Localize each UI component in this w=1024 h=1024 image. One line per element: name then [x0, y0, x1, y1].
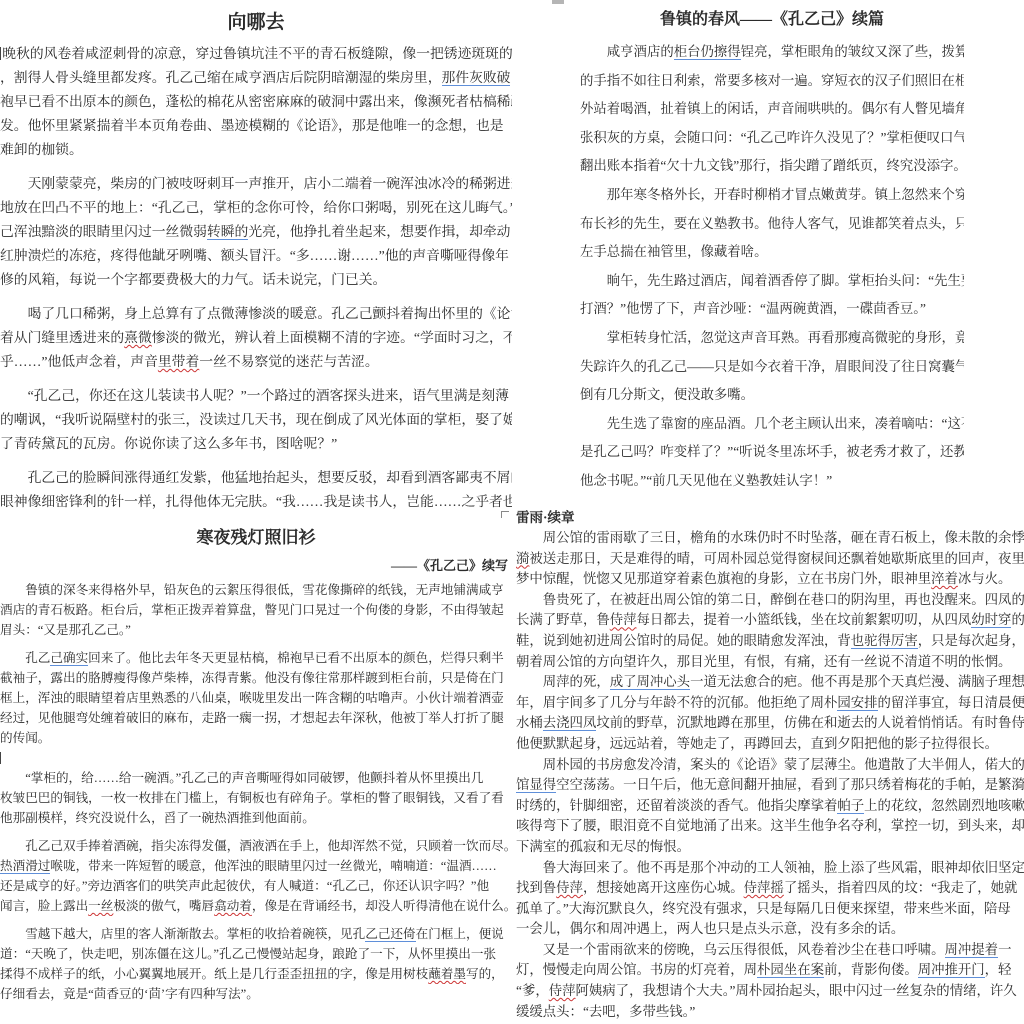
text-line: 他那副模样，终究没说什么，舀了一碗热酒推到他面前。 — [0, 808, 512, 828]
text-line: 布长衫的先生，要在义塾教书。他待人客气，见谁都笑着点头，只是 — [580, 210, 964, 239]
text-line: 咳得弯下了腰，眼泪竟不自觉地涌了出来。这半生他争名夺利，掌控一切，到头来，却 — [516, 816, 1024, 837]
text-line: 热酒滑过喉咙，带来一阵短暂的暖意，他浑浊的眼睛里闪过一丝微光，喃喃道：“温酒…… — [0, 856, 512, 876]
text-line: 闻言，脸上露出一丝极淡的傲气，嘴唇翕动着，像是在背诵经书，却没人听得清他在说什么… — [0, 896, 512, 916]
essay-subtitle-kongyiji-xuxie: ——《孔乙己》续写 — [0, 554, 512, 580]
grammar-underline: 馆显得 — [516, 777, 556, 793]
grammar-underline: 园安排 — [837, 695, 877, 711]
text-line: 打酒？”他愣了下，声音沙哑：“温两碗黄酒，一碟茴香豆。” — [580, 295, 964, 324]
blank-line — [0, 456, 512, 466]
essay-body-xiang-na-qu: 晚秋的风卷着咸涩刺骨的凉意，穿过鲁镇坑洼不平的青石板缝隙，像一把锈迹斑斑的，割得… — [0, 42, 512, 514]
spell-underline: 淬着 — [931, 571, 958, 586]
text-line: 长满了野草，鲁侍萍每日都去，提着一小篮纸钱，坐在坟前絮絮叨叨，从四凤幼时穿的 — [516, 610, 1024, 631]
text-line: 翻出账本指着“欠十九文钱”那行，指尖蹭了蹭纸页，终究没添字。 — [580, 152, 964, 181]
grammar-underline: 那件灰败破 — [442, 70, 511, 86]
text-line: 孔乙己的脸瞬间涨得通红发紫，他猛地抬起头，想要反驳，却看到酒客鄙夷不屑的眼神 — [0, 466, 512, 490]
spell-underline: 熹微 — [124, 330, 152, 345]
text-line: 着从门缝里透进来的熹微惨淡的微光，辨认着上面模糊不清的字迹。“学面时习之，不 — [0, 326, 512, 350]
blank-line — [0, 374, 512, 384]
text-line: 仔细看去，竟是“茴香豆的‘茴’字有四种写法”。 — [0, 984, 512, 1004]
text-line: 失踪许久的孔乙己——只是如今衣着干净，眉眼间没了往日窝囊气， — [580, 353, 964, 382]
text-line: 周公馆的雷雨歇了三日，檐角的水珠仍时不时坠落，砸在青石板上，像未散的余悸 — [516, 528, 1024, 549]
grammar-underline: 柜台仍擦得 — [674, 44, 741, 60]
essay-body-luzhen-chunfeng: 咸亨酒店的柜台仍擦得锃亮，掌柜眼角的皱纹又深了些，拨算盘的手指不如往日利索，常要… — [580, 38, 964, 496]
text-line: 孔乙己双手捧着酒碗，指尖冻得发僵，酒液洒在手上，他却浑然不觉，只顾着一饮而尽。 — [0, 836, 512, 856]
text-line: 晚秋的风卷着咸涩刺骨的凉意，穿过鲁镇坑洼不平的青石板缝隙，像一把锈迹斑斑的 — [0, 42, 512, 66]
grammar-underline: 朴园坐在案 — [757, 962, 824, 978]
text-line: 红肿溃烂的冻疮，疼得他龇牙咧嘴、额头冒汗。“多……谢……”他的声音嘶哑得像年 — [0, 244, 512, 268]
grammar-underline: 乙己还倚 — [365, 927, 415, 942]
text-column: 鲁镇的春风——《孔乙己》续篇 咸亨酒店的柜台仍擦得锃亮，掌柜眼角的皱纹又深了些，… — [580, 6, 964, 496]
text-line: 的传闻。 — [0, 728, 512, 748]
grammar-underline: 去浇四凤 — [543, 715, 597, 731]
text-line: 时绣的，针脚细密，还留着淡淡的香气。他指尖摩挲着帕子上的花纹，忽然剧烈地咳嗽起 — [516, 796, 1024, 817]
text-line: 灯，慢慢走向周公馆。书房的灯亮着，周朴园坐在案前，背影佝偻。周冲推开门，轻 — [516, 960, 1024, 981]
spell-underline: 里带着 — [158, 354, 199, 369]
text-line — [0, 748, 512, 768]
scan-artifact — [552, 0, 564, 4]
essay-body-hanye-candeng: 鲁镇的深冬来得格外早，铅灰色的云絮压得很低，雪花像撕碎的纸钱，无声地铺满咸亨酒店… — [0, 580, 512, 1004]
text-line: 孔乙己确实回来了。他比去年冬天更显枯槁，棉袍早已看不出原本的颜色，烂得只剩半 — [0, 648, 512, 668]
spell-underline: 漪 — [516, 551, 529, 566]
blank-line — [0, 916, 512, 924]
text-line: 左手总揣在袖管里，像藏着啥。 — [580, 238, 964, 267]
spell-underline: 蘸着墨 — [428, 967, 466, 981]
corner-mark-artifact — [501, 511, 509, 518]
essay-title-hanye-candeng: 寒夜残灯照旧衫 — [0, 524, 512, 554]
text-line: 一会儿，偶尔和周冲遇上，两人也只是点头示意，没有多余的话。 — [516, 919, 1024, 940]
grammar-underline: 也驼得厉害 — [851, 633, 918, 649]
grammar-underline: 己确实 — [50, 651, 88, 666]
grammar-underline: 转瞬的 — [207, 224, 248, 240]
text-line: 外站着喝酒，扯着镇上的闲话，声音闹哄哄的。偶尔有人瞥见墙角那 — [580, 95, 964, 124]
grammar-underline: 幼时穿 — [971, 612, 1011, 628]
text-line: 漪被送走那日，天是难得的晴，可周朴园总觉得窗棂间还飘着她歇斯底里的回声，夜里 — [516, 549, 1024, 570]
text-line: 地放在凹凸不平的地上：“孔乙己，掌柜的念你可怜，给你口粥喝，别死在这儿晦气。” — [0, 196, 512, 220]
essay-title-leiyu-xuzhang: 雷雨·续章 — [516, 507, 1024, 528]
spell-underline: 一丝 — [88, 899, 113, 913]
text-line: 鲁大海回来了。他不再是那个冲动的工人领袖，脸上添了些风霜，眼神却依旧坚定 — [516, 858, 1024, 879]
text-line: “孔乙己，你还在这儿装读书人呢？”一个路过的酒客探头进来，语气里满是刻薄 — [0, 384, 512, 408]
text-line: 晌午，先生路过酒店，闻着酒香停了脚。掌柜抬头问：“先生要 — [580, 267, 964, 296]
blank-line — [0, 640, 512, 648]
text-line: 那年寒冬格外长，开春时柳梢才冒点嫩黄芽。镇上忽然来个穿灰 — [580, 181, 964, 210]
text-cursor — [0, 47, 1, 60]
text-line: 眉头：“又是那孔乙己。” — [0, 620, 512, 640]
section-leiyu-xuzhang: 雷雨·续章 周公馆的雷雨歇了三日，檐角的水珠仍时不时坠落，砸在青石板上，像未散的… — [516, 505, 1024, 1024]
text-line: 年，眉宇间多了几分与年龄不符的沉郁。他拒绝了周朴园安排的留洋事宜，每日清晨便 — [516, 693, 1024, 714]
grammar-underline: 帕子 — [837, 798, 864, 814]
blank-line — [0, 292, 512, 302]
text-line: 己浑浊黯淡的眼睛里闪过一丝微弱转瞬的光亮，他挣扎着坐起来，想要作揖，却牵动了 — [0, 220, 512, 244]
text-line: 周萍的死，成了周冲心头一道无法愈合的疤。他不再是那个天真烂漫、满脑子理想 — [516, 672, 1024, 693]
text-line: 水桶去浇四凤坟前的野草，沉默地蹲在那里，仿佛在和逝去的人说着悄悄话。有时鲁侍萍 — [516, 713, 1024, 734]
text-line: 经过，见他腿弯处缠着破旧的麻布，走路一瘸一拐，才想起去年深秋，他被丁举人打折了腿 — [0, 708, 512, 728]
text-line: 周朴园的书房愈发冷清，案头的《论语》蒙了层薄尘。他遣散了大半佣人，偌大的 — [516, 755, 1024, 776]
text-line: 天刚蒙蒙亮，柴房的门被吱呀刺耳一声推开，店小二端着一碗浑浊冰冷的稀粥进来， — [0, 172, 512, 196]
text-line: 孤单了。”大海沉默良久，终究没有强求，只是每隔几日便来探望，带来些米面，陪母 — [516, 899, 1024, 920]
text-line: 框上，浑浊的眼睛望着店里熟悉的八仙桌，喉咙里发出一阵含糊的咕噜声。小伙计端着酒壶 — [0, 688, 512, 708]
text-line: “掌柜的，给……给一碗酒。”孔乙己的声音嘶哑得如同破锣，他颤抖着从怀里摸出几 — [0, 768, 512, 788]
grammar-underline: 成了周冲心头 — [610, 674, 690, 690]
text-line: 难卸的枷锁。 — [0, 138, 512, 162]
text-line: 的手指不如往日利索，常要多核对一遍。穿短衣的汉子们照旧在柜台 — [580, 67, 964, 96]
blank-line — [0, 162, 512, 172]
text-line: 雪越下越大，店里的客人渐渐散去。掌柜的收拾着碗筷，见孔乙己还倚在门框上，便说 — [0, 924, 512, 944]
text-line: ，割得人骨头缝里都发疼。孔乙己缩在咸亨酒店后院阴暗潮湿的柴房里，那件灰败破旧 — [0, 66, 512, 90]
grammar-underline: 周冲提着 — [945, 942, 999, 958]
text-line: 鞋，说到她初进周公馆时的局促。她的眼睛愈发浑浊，背也驼得厉害，只是每次起身， — [516, 631, 1024, 652]
text-line: 找到鲁侍萍，想接她离开这座伤心城。侍萍摇了摇头，指着四凤的坟：“我走了，她就 — [516, 878, 1024, 899]
text-line: “爹，侍萍阿姨病了，我想请个大夫。”周朴园抬起头，眼中闪过一丝复杂的情绪，许久 — [516, 981, 1024, 1002]
text-line: 朝着周公馆的方向望许久，那目光里，有恨，有痛，还有一丝说不清道不明的怅惘。 — [516, 652, 1024, 673]
essay-title-luzhen-chunfeng: 鲁镇的春风——《孔乙己》续篇 — [580, 6, 964, 38]
text-line: 他念书呢。”“前几天见他在义塾教娃认字！” — [580, 467, 964, 496]
text-line: 下满室的孤寂和无尽的悔恨。 — [516, 837, 1024, 858]
text-line: 鲁镇的深冬来得格外早，铅灰色的云絮压得很低，雪花像撕碎的纸钱，无声地铺满咸亨 — [0, 580, 512, 600]
text-line: 的嘲讽，“我听说隔壁村的张三，没读过几天书，现在倒成了风光体面的掌柜，娶了媳妇 — [0, 408, 512, 432]
text-line: 梦中惊醒，恍惚又见那道穿着素色旗袍的身影，立在书房门外，眼神里淬着冰与火。 — [516, 569, 1024, 590]
text-line: 截袖子，露出的胳膊瘦得像芦柴棒，冻得青紫。他没有像往常那样踱到柜台前，只是倚在门 — [0, 668, 512, 688]
text-line: 张积灰的方桌，会随口问：“孔乙己咋许久没见了？”掌柜便叹口气， — [580, 124, 964, 153]
text-line: 先生选了靠窗的座品酒。几个老主顾认出来，凑着嘀咕：“这不 — [580, 410, 964, 439]
text-line: 酒店的青石板路。柜台后，掌柜正拨弄着算盘，瞥见门口晃过一个佝偻的身影，不由得皱起 — [0, 600, 512, 620]
text-line: 揉得不成样子的纸，小心翼翼地展开。纸上是几行歪歪扭扭的字，像是用树枝蘸着墨写的， — [0, 964, 512, 984]
section-luzhen-chunfeng: 鲁镇的春风——《孔乙己》续篇 咸亨酒店的柜台仍擦得锃亮，掌柜眼角的皱纹又深了些，… — [512, 0, 1024, 505]
text-line: 倒有几分斯文，便没敢多嘴。 — [580, 381, 964, 410]
blank-line — [0, 828, 512, 836]
text-line: 还是咸亨的好。”旁边酒客们的哄笑声此起彼伏，有人喊道：“孔乙己，你还认识字吗？”… — [0, 876, 512, 896]
grammar-underline: 周冲推开门 — [918, 962, 985, 978]
text-cursor — [0, 752, 1, 764]
essay-body-leiyu-xuzhang: 周公馆的雷雨歇了三日，檐角的水珠仍时不时坠落，砸在青石板上，像未散的余悸漪被送走… — [516, 528, 1024, 1022]
text-line: 鲁贵死了，在被赶出周公馆的第二日，醉倒在巷口的阴沟里，再也没醒来。四凤的 — [516, 590, 1024, 611]
text-line: 道：“天晚了，快走吧，别冻僵在这儿。”孔乙己慢慢站起身，踉跄了一下，从怀里摸出一… — [0, 944, 512, 964]
spell-underline: 翕动着 — [214, 899, 252, 913]
text-line: 修的风箱，每说一个字都要费极大的力气。话未说完，门已关。 — [0, 268, 512, 292]
text-line: 眼神像细密锋利的针一样，扎得他体无完肤。“我……我是读书人，岂能……之乎者也… — [0, 490, 512, 514]
text-line: 又是一个雷雨欲来的傍晚，乌云压得很低，风卷着沙尘在巷口呼啸。周冲提着一 — [516, 940, 1024, 961]
spell-underline: 侍萍 — [556, 880, 583, 895]
text-line: 乎……”他低声念着，声音里带着一丝不易察觉的迷茫与苦涩。 — [0, 350, 512, 374]
spell-underline: 侍萍 — [610, 612, 637, 627]
text-line: 了青砖黛瓦的瓦房。你说你读了这么多年书，图啥呢？” — [0, 432, 512, 456]
text-line: 掌柜转身忙活，忽觉这声音耳熟。再看那瘦高微驼的身形，竟像 — [580, 324, 964, 353]
section-hanye-candeng: 寒夜残灯照旧衫 ——《孔乙己》续写 鲁镇的深冬来得格外早，铅灰色的云絮压得很低，… — [0, 514, 512, 1024]
text-line: 喝了几口稀粥，身上总算有了点微薄惨淡的暖意。孔乙己颤抖着掏出怀里的《论语 — [0, 302, 512, 326]
spell-underline: 侍萍 — [549, 983, 576, 998]
text-line: 他便默默起身，远远站着，等她走了，再蹲回去，直到夕阳把他的影子拉得很长。 — [516, 734, 1024, 755]
essay-title-xiang-na-qu: 向哪去 — [0, 8, 512, 42]
section-xiang-na-qu: 向哪去 晚秋的风卷着咸涩刺骨的凉意，穿过鲁镇坑洼不平的青石板缝隙，像一把锈迹斑斑… — [0, 0, 512, 514]
text-line: 枚皱巴巴的铜钱，一枚一枚排在门槛上，有铜板也有碎角子。掌柜的瞥了眼铜钱，又看了看 — [0, 788, 512, 808]
text-line: 袍早已看不出原本的颜色，蓬松的棉花从密密麻麻的破洞中露出来，像濒死者枯槁稀疏 — [0, 90, 512, 114]
text-line: 咸亨酒店的柜台仍擦得锃亮，掌柜眼角的皱纹又深了些，拨算盘 — [580, 38, 964, 67]
spell-underline: 侍萍摇 — [744, 880, 784, 895]
text-line: 发。他怀里紧紧揣着半本页角卷曲、墨迹模糊的《论语》，那是他唯一的念想，也是 — [0, 114, 512, 138]
grammar-underline: 热酒滑过 — [0, 859, 50, 874]
text-line: 馆显得空空荡荡。一日午后，他无意间翻开抽屉，看到了那只绣着梅花的手帕，是繁漪 — [516, 775, 1024, 796]
text-line: 是孔乙己吗？咋变样了？”“听说冬里冻坏手，被老秀才救了，还教 — [580, 438, 964, 467]
text-line: 缓缓点头：“去吧，多带些钱。” — [516, 1002, 1024, 1023]
